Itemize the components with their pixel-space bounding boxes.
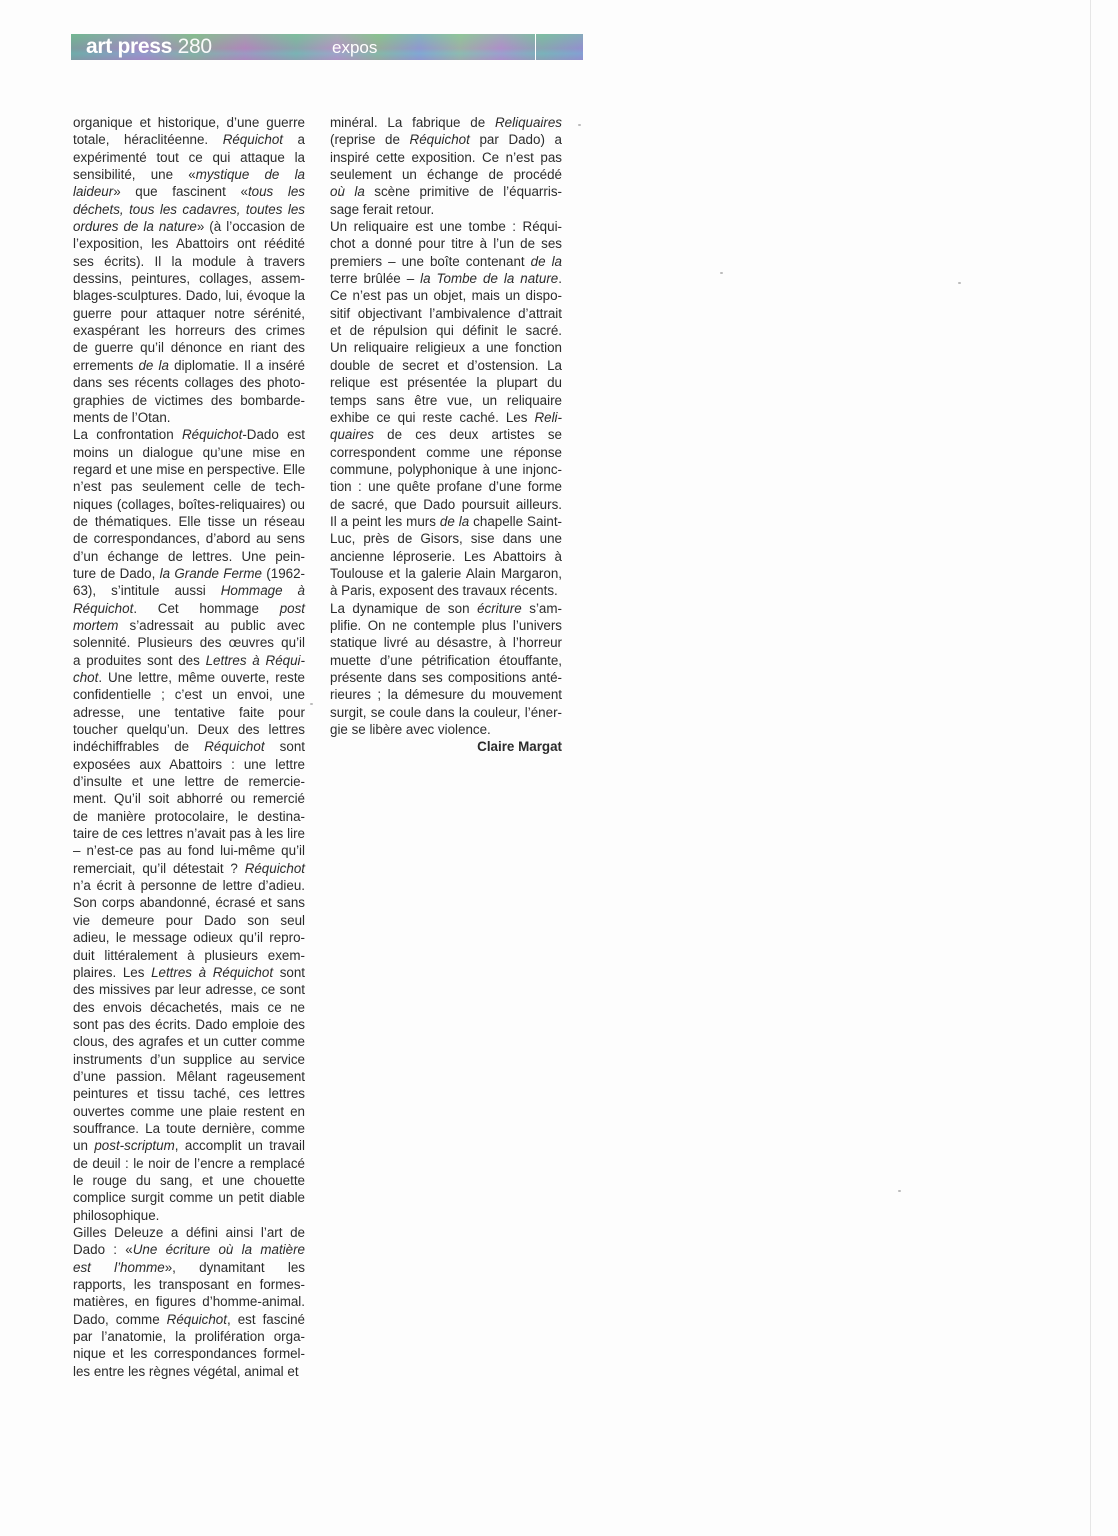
text-line: nique et les correspondances formel- — [73, 1345, 305, 1362]
text-line: complice surgit comme un petit diable — [73, 1189, 305, 1206]
text-line: laideur» que fascinent «tous les — [73, 183, 305, 200]
text-line: chot. Une lettre, même ouverte, reste — [73, 669, 305, 686]
text-line: double de secret et d’ostension. La — [330, 357, 562, 374]
text-line: ture de Dado, la Grande Ferme (1962- — [73, 565, 305, 582]
text-line: présente dans ses compositions anté- — [330, 669, 562, 686]
text-line: inspiré cette exposition. Ce n’est pas — [330, 149, 562, 166]
text-line: seulement un échange de procédé — [330, 166, 562, 183]
text-line: graphies de victimes des bombarde- — [73, 392, 305, 409]
text-line: l’exposition, les Abattoirs ont réédité — [73, 235, 305, 252]
magazine-brand: art press — [86, 35, 172, 58]
text-line: adieu, le message odieux qu’il repro- — [73, 929, 305, 946]
text-line: gie se libère avec violence. — [330, 721, 562, 738]
text-line: d’insulte et une lettre de remercie- — [73, 773, 305, 790]
text-line: Un reliquaire est une tombe : Réqui- — [330, 218, 562, 235]
text-line: Toulouse et la galerie Alain Margaron, — [330, 565, 562, 582]
text-line: n’est pas seulement celle de tech- — [73, 478, 305, 495]
text-line: dans ses récents collages des photo- — [73, 374, 305, 391]
text-line: plaires. Les Lettres à Réquichot sont — [73, 964, 305, 981]
article-paragraph: minéral. La fabrique de Reliquaires(repr… — [330, 114, 562, 218]
text-line: ments de l’Otan. — [73, 409, 305, 426]
text-line: rieures ; la démesure du mouvement — [330, 686, 562, 703]
text-line: indéchiffrables de Réquichot sont — [73, 738, 305, 755]
scan-speck — [720, 272, 723, 274]
text-line: souffrance. La toute dernière, comme — [73, 1120, 305, 1137]
text-line: est l’homme», dynamitant les — [73, 1259, 305, 1276]
text-line: à Paris, exposent des travaux récents. — [330, 582, 562, 599]
text-line: ancienne léproserie. Les Abattoirs à — [330, 548, 562, 565]
scan-speck — [898, 1190, 901, 1192]
text-line: tion : une quête profane d’une forme — [330, 478, 562, 495]
text-line: vie demeure pour Dado son seul — [73, 912, 305, 929]
text-line: le rouge du sang, et une chouette — [73, 1172, 305, 1189]
text-line: mortem s’adressait au public avec — [73, 617, 305, 634]
text-line: chot a donné pour titre à l’un de ses — [330, 235, 562, 252]
issue-number: 280 — [178, 35, 212, 58]
text-line: confidentielle ; c’est un envoi, une — [73, 686, 305, 703]
header-divider — [535, 34, 536, 60]
text-line: de deuil : le noir de l’encre a remplacé — [73, 1155, 305, 1172]
text-line: déchets, tous les cadavres, toutes les — [73, 201, 305, 218]
text-line: Réquichot. Cet hommage post — [73, 600, 305, 617]
text-line: premiers – une boîte contenant de la — [330, 253, 562, 270]
text-line: – n’est-ce pas au fond lui-même qu’il — [73, 842, 305, 859]
text-line: Dado : «Une écriture où la matière — [73, 1241, 305, 1258]
text-line: muette d’une pétrification étouffante, — [330, 652, 562, 669]
text-line: Il a peint les murs de la chapelle Saint… — [330, 513, 562, 530]
text-line: La dynamique de son écriture s’am- — [330, 600, 562, 617]
text-line: ouvertes comme une plaie restent en — [73, 1103, 305, 1120]
article-paragraph: La dynamique de son écriture s’am-plifie… — [330, 600, 562, 739]
text-line: de guerre qu’il dénonce en riant des — [73, 339, 305, 356]
text-line: philosophique. — [73, 1207, 305, 1224]
text-line: Un reliquaire religieux a une fonction — [330, 339, 562, 356]
page-edge-line — [1090, 0, 1091, 1536]
text-line: un post-scriptum, accomplit un travail — [73, 1137, 305, 1154]
text-line: commune, polyphonique à une injonc- — [330, 461, 562, 478]
text-line: de sacré, que Dado poursuit ailleurs. — [330, 496, 562, 513]
text-line: Son corps abandonné, écrasé et sans — [73, 894, 305, 911]
text-line: clous, des agrafes et un cutter comme — [73, 1033, 305, 1050]
text-line: adresse, une tentative faite pour — [73, 704, 305, 721]
text-line: moins un dialogue qu’une mise en — [73, 444, 305, 461]
text-line: Dado, comme Réquichot, est fasciné — [73, 1311, 305, 1328]
text-line: La confrontation Réquichot-Dado est — [73, 426, 305, 443]
text-line: errements de la diplomatie. Il a inséré — [73, 357, 305, 374]
text-line: blages-sculptures. Dado, lui, évoque la — [73, 287, 305, 304]
text-line: organique et historique, d’une guerre — [73, 114, 305, 131]
text-line: expérimenté tout ce qui attaque la — [73, 149, 305, 166]
scan-speck — [578, 124, 581, 126]
text-line: par l’anatomie, la prolifération orga- — [73, 1328, 305, 1345]
text-line: sont pas des écrits. Dado emploie des — [73, 1016, 305, 1033]
text-line: ses écrits). Il la module à travers — [73, 253, 305, 270]
text-line: sitif objectivant l’ambivalence d’attrai… — [330, 305, 562, 322]
text-line: correspondent comme une réponse — [330, 444, 562, 461]
text-line: temps sans être vue, un reliquaire — [330, 392, 562, 409]
text-line: a produites sont des Lettres à Réqui- — [73, 652, 305, 669]
text-line: quaires de ces deux artistes se — [330, 426, 562, 443]
text-line: solennité. Plusieurs des œuvres qu’il — [73, 634, 305, 651]
text-line: terre brûlée – la Tombe de la nature. — [330, 270, 562, 287]
text-line: sensibilité, une «mystique de la — [73, 166, 305, 183]
running-header-bar: art press 280 expos — [71, 34, 583, 60]
text-line: remerciait, qu’il détestait ? Réquichot — [73, 860, 305, 877]
article-paragraph: Un reliquaire est une tombe : Réqui-chot… — [330, 218, 562, 600]
text-line: de correspondances, d’abord au sens — [73, 530, 305, 547]
author-signature: Claire Margat — [330, 738, 562, 755]
magazine-title: art press 280 — [86, 35, 212, 59]
text-line: sage ferait retour. — [330, 201, 562, 218]
scan-speck — [310, 703, 313, 705]
text-line: guerre pour attaquer notre sérénité, — [73, 305, 305, 322]
text-line: rapports, les transposant en formes- — [73, 1276, 305, 1293]
article-column-left: organique et historique, d’une guerretot… — [73, 114, 305, 1380]
text-line: dessins, peintures, collages, assem- — [73, 270, 305, 287]
text-line: exhibe ce qui reste caché. Les Reli- — [330, 409, 562, 426]
text-line: ordures de la nature» (à l’occasion de — [73, 218, 305, 235]
text-line: duit littéralement à plusieurs exem- — [73, 947, 305, 964]
text-line: d’une passion. Mêlant rageusement — [73, 1068, 305, 1085]
text-line: Ce n’est pas un objet, mais un dispo- — [330, 287, 562, 304]
text-line: ment. Qu’il soit abhorré ou remercié — [73, 790, 305, 807]
text-line: niques (collages, boîtes-reliquaires) ou — [73, 496, 305, 513]
text-line: exaspérant les horreurs des crimes — [73, 322, 305, 339]
text-line: instruments d’un supplice au service — [73, 1051, 305, 1068]
text-line: les entre les règnes végétal, animal et — [73, 1363, 305, 1380]
text-line: des missives par leur adresse, ce sont — [73, 981, 305, 998]
text-line: peintures et tissu taché, ces lettres — [73, 1085, 305, 1102]
text-line: où la scène primitive de l’équarris- — [330, 183, 562, 200]
text-line: minéral. La fabrique de Reliquaires — [330, 114, 562, 131]
text-line: Gilles Deleuze a défini ainsi l’art de — [73, 1224, 305, 1241]
article-paragraph: organique et historique, d’une guerretot… — [73, 114, 305, 426]
article-paragraph: La confrontation Réquichot-Dado estmoins… — [73, 426, 305, 1224]
text-line: Luc, près de Gisors, sise dans une — [330, 530, 562, 547]
text-line: relique est présentée la plupart du — [330, 374, 562, 391]
article-paragraph: Gilles Deleuze a défini ainsi l’art deDa… — [73, 1224, 305, 1380]
text-line: statique livré au désastre, à l’horreur — [330, 634, 562, 651]
text-line: d’un échange de lettres. Une pein- — [73, 548, 305, 565]
scan-speck — [958, 282, 961, 284]
text-line: surgit, se coule dans la couleur, l’éner… — [330, 704, 562, 721]
text-line: et de répulsion qui définit le sacré. — [330, 322, 562, 339]
text-line: totale, héraclitéenne. Réquichot a — [73, 131, 305, 148]
text-line: (reprise de Réquichot par Dado) a — [330, 131, 562, 148]
text-line: de manière protocolaire, le destina- — [73, 808, 305, 825]
text-line: regard et une mise en perspective. Elle — [73, 461, 305, 478]
text-line: exposées aux Abattoirs : une lettre — [73, 756, 305, 773]
text-line: taire de ces lettres n’avait pas à les l… — [73, 825, 305, 842]
text-line: de thématiques. Elle tisse un réseau — [73, 513, 305, 530]
text-line: matières, en figures d’homme-animal. — [73, 1293, 305, 1310]
article-column-right: minéral. La fabrique de Reliquaires(repr… — [330, 114, 562, 756]
text-line: plifie. On ne contemple plus l’univers — [330, 617, 562, 634]
section-label: expos — [332, 37, 377, 59]
text-line: toucher quelqu’un. Deux des lettres — [73, 721, 305, 738]
text-line: n’a écrit à personne de lettre d’adieu. — [73, 877, 305, 894]
text-line: 63), s’intitule aussi Hommage à — [73, 582, 305, 599]
text-line: des envois décachetés, mais ce ne — [73, 999, 305, 1016]
